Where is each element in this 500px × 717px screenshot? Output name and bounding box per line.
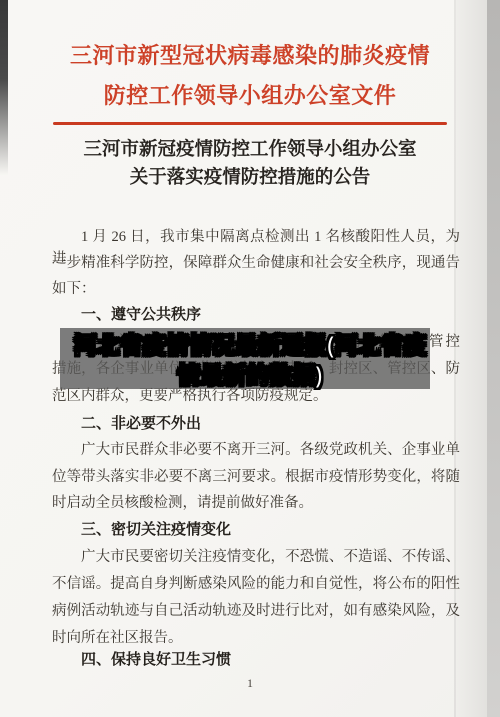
caption-overlay-text: 河北省疫情情况最新通报(河北省疫 情最新的数据)	[10, 330, 490, 390]
notice-title: 三河市新冠疫情防控工作领导小组办公室 关于落实疫情防控措施的公告	[0, 136, 500, 192]
letterhead-line2: 防控工作领导小组办公室文件	[0, 76, 500, 116]
notice-title-line1: 三河市新冠疫情防控工作领导小组办公室	[0, 136, 500, 164]
page-number: 1	[0, 676, 500, 691]
section3-line: 病例活动轨迹与自己活动轨迹及时进行比对，如有感染风险，及	[52, 600, 460, 627]
red-letterhead: 三河市新型冠状病毒感染的肺炎疫情 防控工作领导小组办公室文件	[0, 36, 500, 116]
caption-line2: 情最新的数据)	[10, 360, 490, 390]
letterhead-line1: 三河市新型冠状病毒感染的肺炎疫情	[0, 36, 500, 76]
section-heading-1: 一、遵守公共秩序	[52, 304, 460, 331]
red-separator-rule	[53, 122, 447, 125]
section3-line: 不信谣。提高自身判断感染风险的能力和自觉性，将公布的阳性	[52, 573, 460, 600]
section2-line: 时启动全员核酸检测，请提前做好准备。	[52, 492, 460, 519]
notice-title-line2: 关于落实疫情防控措施的公告	[0, 164, 500, 192]
section-heading-4: 四、保持良好卫生习惯	[52, 649, 460, 676]
section3-line: 广大市民要密切关注疫情变化，不恐慌、不造谣、不传谣、	[52, 546, 460, 573]
intro-line: 一步精准科学防控，保障群众生命健康和社会安全秩序，现通告	[52, 252, 460, 279]
section2-line: 广大市民群众非必要不离开三河。各级党政机关、企事业单	[52, 439, 460, 466]
document-photo: 三河市新型冠状病毒感染的肺炎疫情 防控工作领导小组办公室文件 三河市新冠疫情防控…	[0, 0, 500, 717]
section-heading-3: 三、密切关注疫情变化	[52, 519, 460, 546]
section-heading-2: 二、非必要不外出	[52, 413, 460, 440]
section2-line: 位等带头落实非必要不离三河要求。根据市疫情形势变化，将随	[52, 466, 460, 493]
intro-line: 1 月 26 日，我市集中隔离点检测出 1 名核酸阳性人员，为进	[52, 226, 460, 253]
intro-line: 如下：	[52, 278, 460, 305]
caption-line1: 河北省疫情情况最新通报(河北省疫	[10, 330, 490, 360]
